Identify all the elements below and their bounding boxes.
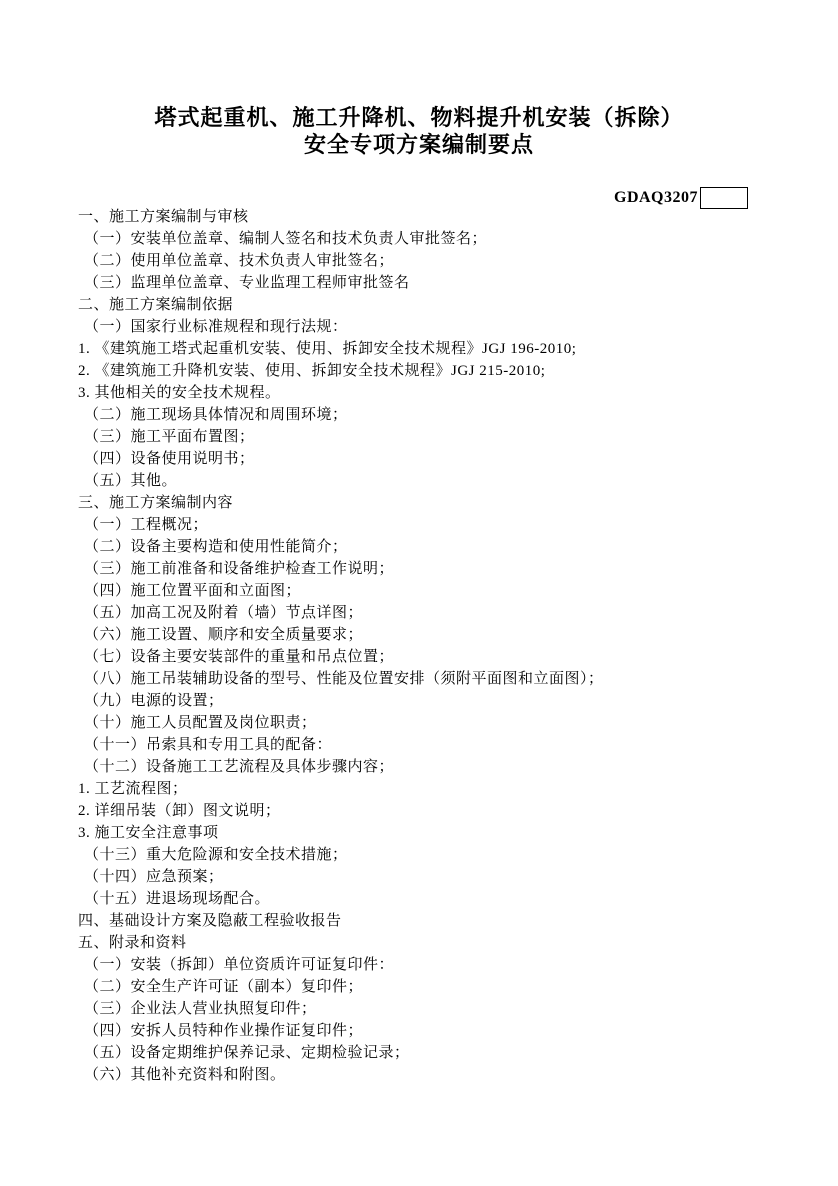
- document-line-item: （七）设备主要安装部件的重量和吊点位置；: [78, 646, 768, 668]
- document-line-section: 三、施工方案编制内容: [78, 492, 768, 514]
- document-line-item: （十五）进退场现场配合。: [78, 888, 768, 910]
- title-line-1: 塔式起重机、施工升降机、物料提升机安装（拆除）: [78, 104, 760, 131]
- document-line-section: 四、基础设计方案及隐蔽工程验收报告: [78, 910, 768, 932]
- document-line-item: （二）设备主要构造和使用性能简介；: [78, 536, 768, 558]
- document-line-item: （三）企业法人营业执照复印件；: [78, 998, 768, 1020]
- document-line-item: （二）使用单位盖章、技术负责人审批签名；: [78, 250, 768, 272]
- document-line-item: （十四）应急预案；: [78, 866, 768, 888]
- document-line-num: 2. 详细吊装（卸）图文说明；: [78, 800, 768, 822]
- document-line-item: （四）施工位置平面和立面图；: [78, 580, 768, 602]
- document-line-num: 2. 《建筑施工升降机安装、使用、拆卸安全技术规程》JGJ 215-2010;: [78, 360, 768, 382]
- document-line-section: 五、附录和资料: [78, 932, 768, 954]
- document-line-item: （十三）重大危险源和安全技术措施；: [78, 844, 768, 866]
- document-line-item: （五）其他。: [78, 470, 768, 492]
- document-line-item: （十二）设备施工工艺流程及具体步骤内容；: [78, 756, 768, 778]
- document-title: 塔式起重机、施工升降机、物料提升机安装（拆除） 安全专项方案编制要点: [78, 104, 760, 158]
- document-line-item: （二）施工现场具体情况和周围环境；: [78, 404, 768, 426]
- document-line-num: 1. 工艺流程图；: [78, 778, 768, 800]
- document-line-item: （三）施工平面布置图；: [78, 426, 768, 448]
- document-line-item: （四）设备使用说明书；: [78, 448, 768, 470]
- document-page: 塔式起重机、施工升降机、物料提升机安装（拆除） 安全专项方案编制要点 GDAQ3…: [0, 0, 838, 1186]
- document-line-num: 3. 施工安全注意事项: [78, 822, 768, 844]
- document-line-item: （六）施工设置、顺序和安全质量要求；: [78, 624, 768, 646]
- document-line-item: （一）工程概况；: [78, 514, 768, 536]
- document-line-section: 二、施工方案编制依据: [78, 294, 768, 316]
- title-line-2: 安全专项方案编制要点: [78, 131, 760, 158]
- document-line-section: 一、施工方案编制与审核: [78, 206, 768, 228]
- document-line-item: （三）监理单位盖章、专业监理工程师审批签名: [78, 272, 768, 294]
- document-line-item: （四）安拆人员特种作业操作证复印件；: [78, 1020, 768, 1042]
- document-line-item: （五）加高工况及附着（墙）节点详图；: [78, 602, 768, 624]
- document-body: 一、施工方案编制与审核（一）安装单位盖章、编制人签名和技术负责人审批签名；（二）…: [78, 206, 768, 1086]
- document-line-item: （十）施工人员配置及岗位职责；: [78, 712, 768, 734]
- document-line-item: （一）国家行业标准规程和现行法规：: [78, 316, 768, 338]
- document-line-item: （八）施工吊装辅助设备的型号、性能及位置安排（须附平面图和立面图）；: [78, 668, 768, 690]
- document-line-item: （一）安装单位盖章、编制人签名和技术负责人审批签名；: [78, 228, 768, 250]
- document-line-item: （五）设备定期维护保养记录、定期检验记录；: [78, 1042, 768, 1064]
- document-line-item: （六）其他补充资料和附图。: [78, 1064, 768, 1086]
- document-line-item: （二）安全生产许可证（副本）复印件；: [78, 976, 768, 998]
- document-line-num: 1. 《建筑施工塔式起重机安装、使用、拆卸安全技术规程》JGJ 196-2010…: [78, 338, 768, 360]
- document-line-item: （三）施工前准备和设备维护检查工作说明；: [78, 558, 768, 580]
- document-line-item: （一）安装（拆卸）单位资质许可证复印件：: [78, 954, 768, 976]
- document-line-item: （九）电源的设置；: [78, 690, 768, 712]
- document-line-item: （十一）吊索具和专用工具的配备：: [78, 734, 768, 756]
- document-line-num: 3. 其他相关的安全技术规程。: [78, 382, 768, 404]
